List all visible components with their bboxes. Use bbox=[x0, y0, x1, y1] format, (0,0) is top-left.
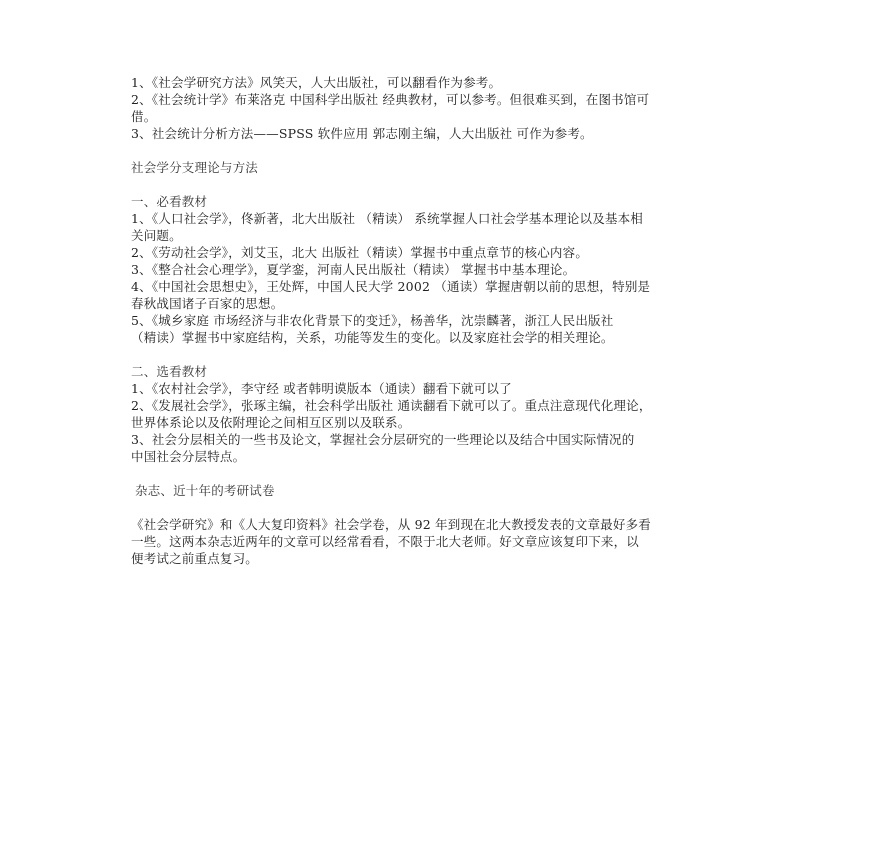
required-item-continued: 关问题。 bbox=[131, 227, 751, 244]
required-item-continued: （精读）掌握书中家庭结构，关系，功能等发生的变化。以及家庭社会学的相关理论。 bbox=[131, 329, 751, 346]
reference-item-continued: 借。 bbox=[131, 108, 751, 125]
optional-item-continued: 世界体系论以及依附理论之间相互区别以及联系。 bbox=[131, 414, 751, 431]
optional-heading: 二、选看教材 bbox=[131, 363, 751, 380]
required-heading: 一、必看教材 bbox=[131, 193, 751, 210]
required-textbooks: 一、必看教材 1、《人口社会学》，佟新著，北大出版社 （精读） 系统掌握人口社会… bbox=[131, 193, 751, 346]
section-title: 社会学分支理论与方法 bbox=[131, 159, 751, 176]
required-item: 4、《中国社会思想史》，王处辉，中国人民大学 2002 （通读）掌握唐朝以前的思… bbox=[131, 278, 751, 295]
journals-line: 便考试之前重点复习。 bbox=[131, 550, 751, 567]
required-item: 2、《劳动社会学》，刘艾玉，北大 出版社（精读）掌握书中重点章节的核心内容。 bbox=[131, 244, 751, 261]
journals-heading: 杂志、近十年的考研试卷 bbox=[131, 482, 751, 499]
required-item: 3、《整合社会心理学》，夏学銮，河南人民出版社（精读） 掌握书中基本理论。 bbox=[131, 261, 751, 278]
required-item: 1、《人口社会学》，佟新著，北大出版社 （精读） 系统掌握人口社会学基本理论以及… bbox=[131, 210, 751, 227]
optional-item-continued: 中国社会分层特点。 bbox=[131, 448, 751, 465]
optional-textbooks: 二、选看教材 1、《农村社会学》，李守经 或者韩明谟版本（通读）翻看下就可以了 … bbox=[131, 363, 751, 465]
reference-item: 2、《社会统计学》布莱洛克 中国科学出版社 经典教材，可以参考。但很难买到，在图… bbox=[131, 91, 751, 108]
document-page: 1、《社会学研究方法》风笑天，人大出版社，可以翻看作为参考。 2、《社会统计学》… bbox=[131, 74, 751, 567]
reference-list: 1、《社会学研究方法》风笑天，人大出版社，可以翻看作为参考。 2、《社会统计学》… bbox=[131, 74, 751, 142]
optional-item: 1、《农村社会学》，李守经 或者韩明谟版本（通读）翻看下就可以了 bbox=[131, 380, 751, 397]
journals-line: 一些。这两本杂志近两年的文章可以经常看看，不限于北大老师。好文章应该复印下来，以 bbox=[131, 533, 751, 550]
journals-line: 《社会学研究》和《人大复印资料》社会学卷，从 92 年到现在北大教授发表的文章最… bbox=[131, 516, 751, 533]
reference-item: 3、社会统计分析方法——SPSS 软件应用 郭志刚主编，人大出版社 可作为参考。 bbox=[131, 125, 751, 142]
optional-item: 2、《发展社会学》，张琢主编，社会科学出版社 通读翻看下就可以了。重点注意现代化… bbox=[131, 397, 751, 414]
reference-item: 1、《社会学研究方法》风笑天，人大出版社，可以翻看作为参考。 bbox=[131, 74, 751, 91]
optional-item: 3、社会分层相关的一些书及论文，掌握社会分层研究的一些理论以及结合中国实际情况的 bbox=[131, 431, 751, 448]
required-item: 5、《城乡家庭 市场经济与非农化背景下的变迁》，杨善华，沈崇麟著，浙江人民出版社 bbox=[131, 312, 751, 329]
journals-paragraph: 《社会学研究》和《人大复印资料》社会学卷，从 92 年到现在北大教授发表的文章最… bbox=[131, 516, 751, 567]
required-item-continued: 春秋战国诸子百家的思想。 bbox=[131, 295, 751, 312]
